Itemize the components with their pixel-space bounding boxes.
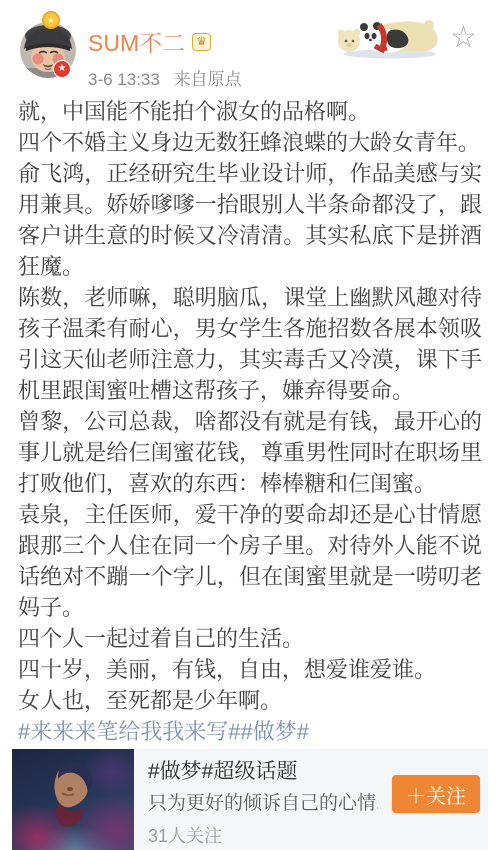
topic-thumbnail (12, 749, 134, 850)
post-paragraph: 女人也，至死都是少年啊。 (18, 685, 482, 716)
topic-subtitle: 只为更好的倾诉自己的心情... (148, 792, 378, 815)
topic-followers: 31人关注 (148, 822, 488, 848)
portrait-art (12, 749, 134, 850)
hashtag-link[interactable]: #来来来笔给我我来写##做梦# (18, 716, 482, 747)
coin-badge-icon: ★ (42, 11, 60, 29)
avatar[interactable]: ★ ★ (20, 22, 76, 78)
vip-badge-icon: ★ (53, 60, 71, 78)
user-block: SUM不二 ♛ 3-6 13:33 来自原点 (88, 25, 242, 90)
favorite-star-button[interactable]: ☆ (450, 22, 477, 54)
follow-button[interactable]: ＋关注 (392, 775, 480, 813)
post-paragraph: 曾黎，公司总裁，啥都没有就是有钱，最开心的事儿就是给仨闺蜜花钱，尊重男性同时在职… (18, 406, 482, 499)
topic-card[interactable]: #做梦#超级话题 只为更好的倾诉自己的心情... 31人关注 ＋关注 (12, 749, 488, 850)
post-paragraph: 就，中国能不能拍个淑女的品格啊。 (18, 96, 482, 127)
timestamp: 3-6 13:33 (88, 70, 160, 89)
weibo-post: ★ ★ SUM不二 ♛ 3-6 13:33 来自原点 (0, 0, 500, 747)
post-paragraph: 四个人一起过着自己的生活。 (18, 623, 482, 654)
post-paragraph: 俞飞鸿，正经研究生毕业设计师，作品美感与实用兼具。娇娇嗲嗲一抬眼别人半条命都没了… (18, 158, 482, 282)
member-crown-icon: ♛ (192, 33, 211, 51)
post-paragraph: 四十岁，美丽，有钱，自由，想爱谁爱谁。 (18, 654, 482, 685)
post-body: 就，中国能不能拍个淑女的品格啊。 四个不婚主义身边无数狂蜂浪蝶的大龄女青年。 俞… (0, 88, 500, 747)
sleeping-panda-illustration (333, 10, 441, 60)
username[interactable]: SUM不二 (88, 25, 185, 58)
post-header: ★ ★ SUM不二 ♛ 3-6 13:33 来自原点 (0, 0, 500, 88)
post-meta: 3-6 13:33 来自原点 (88, 65, 242, 90)
post-paragraph: 陈数，老师嘛，聪明脑瓜，课堂上幽默风趣对待孩子温柔有耐心，男女学生各施招数各展本… (18, 282, 482, 406)
post-source[interactable]: 来自原点 (174, 70, 242, 89)
post-paragraph: 四个不婚主义身边无数狂蜂浪蝶的大龄女青年。 (18, 127, 482, 158)
post-paragraph: 袁泉，主任医师，爱干净的要命却还是心甘情愿跟那三个人住在同一个房子里。对待外人能… (18, 499, 482, 623)
